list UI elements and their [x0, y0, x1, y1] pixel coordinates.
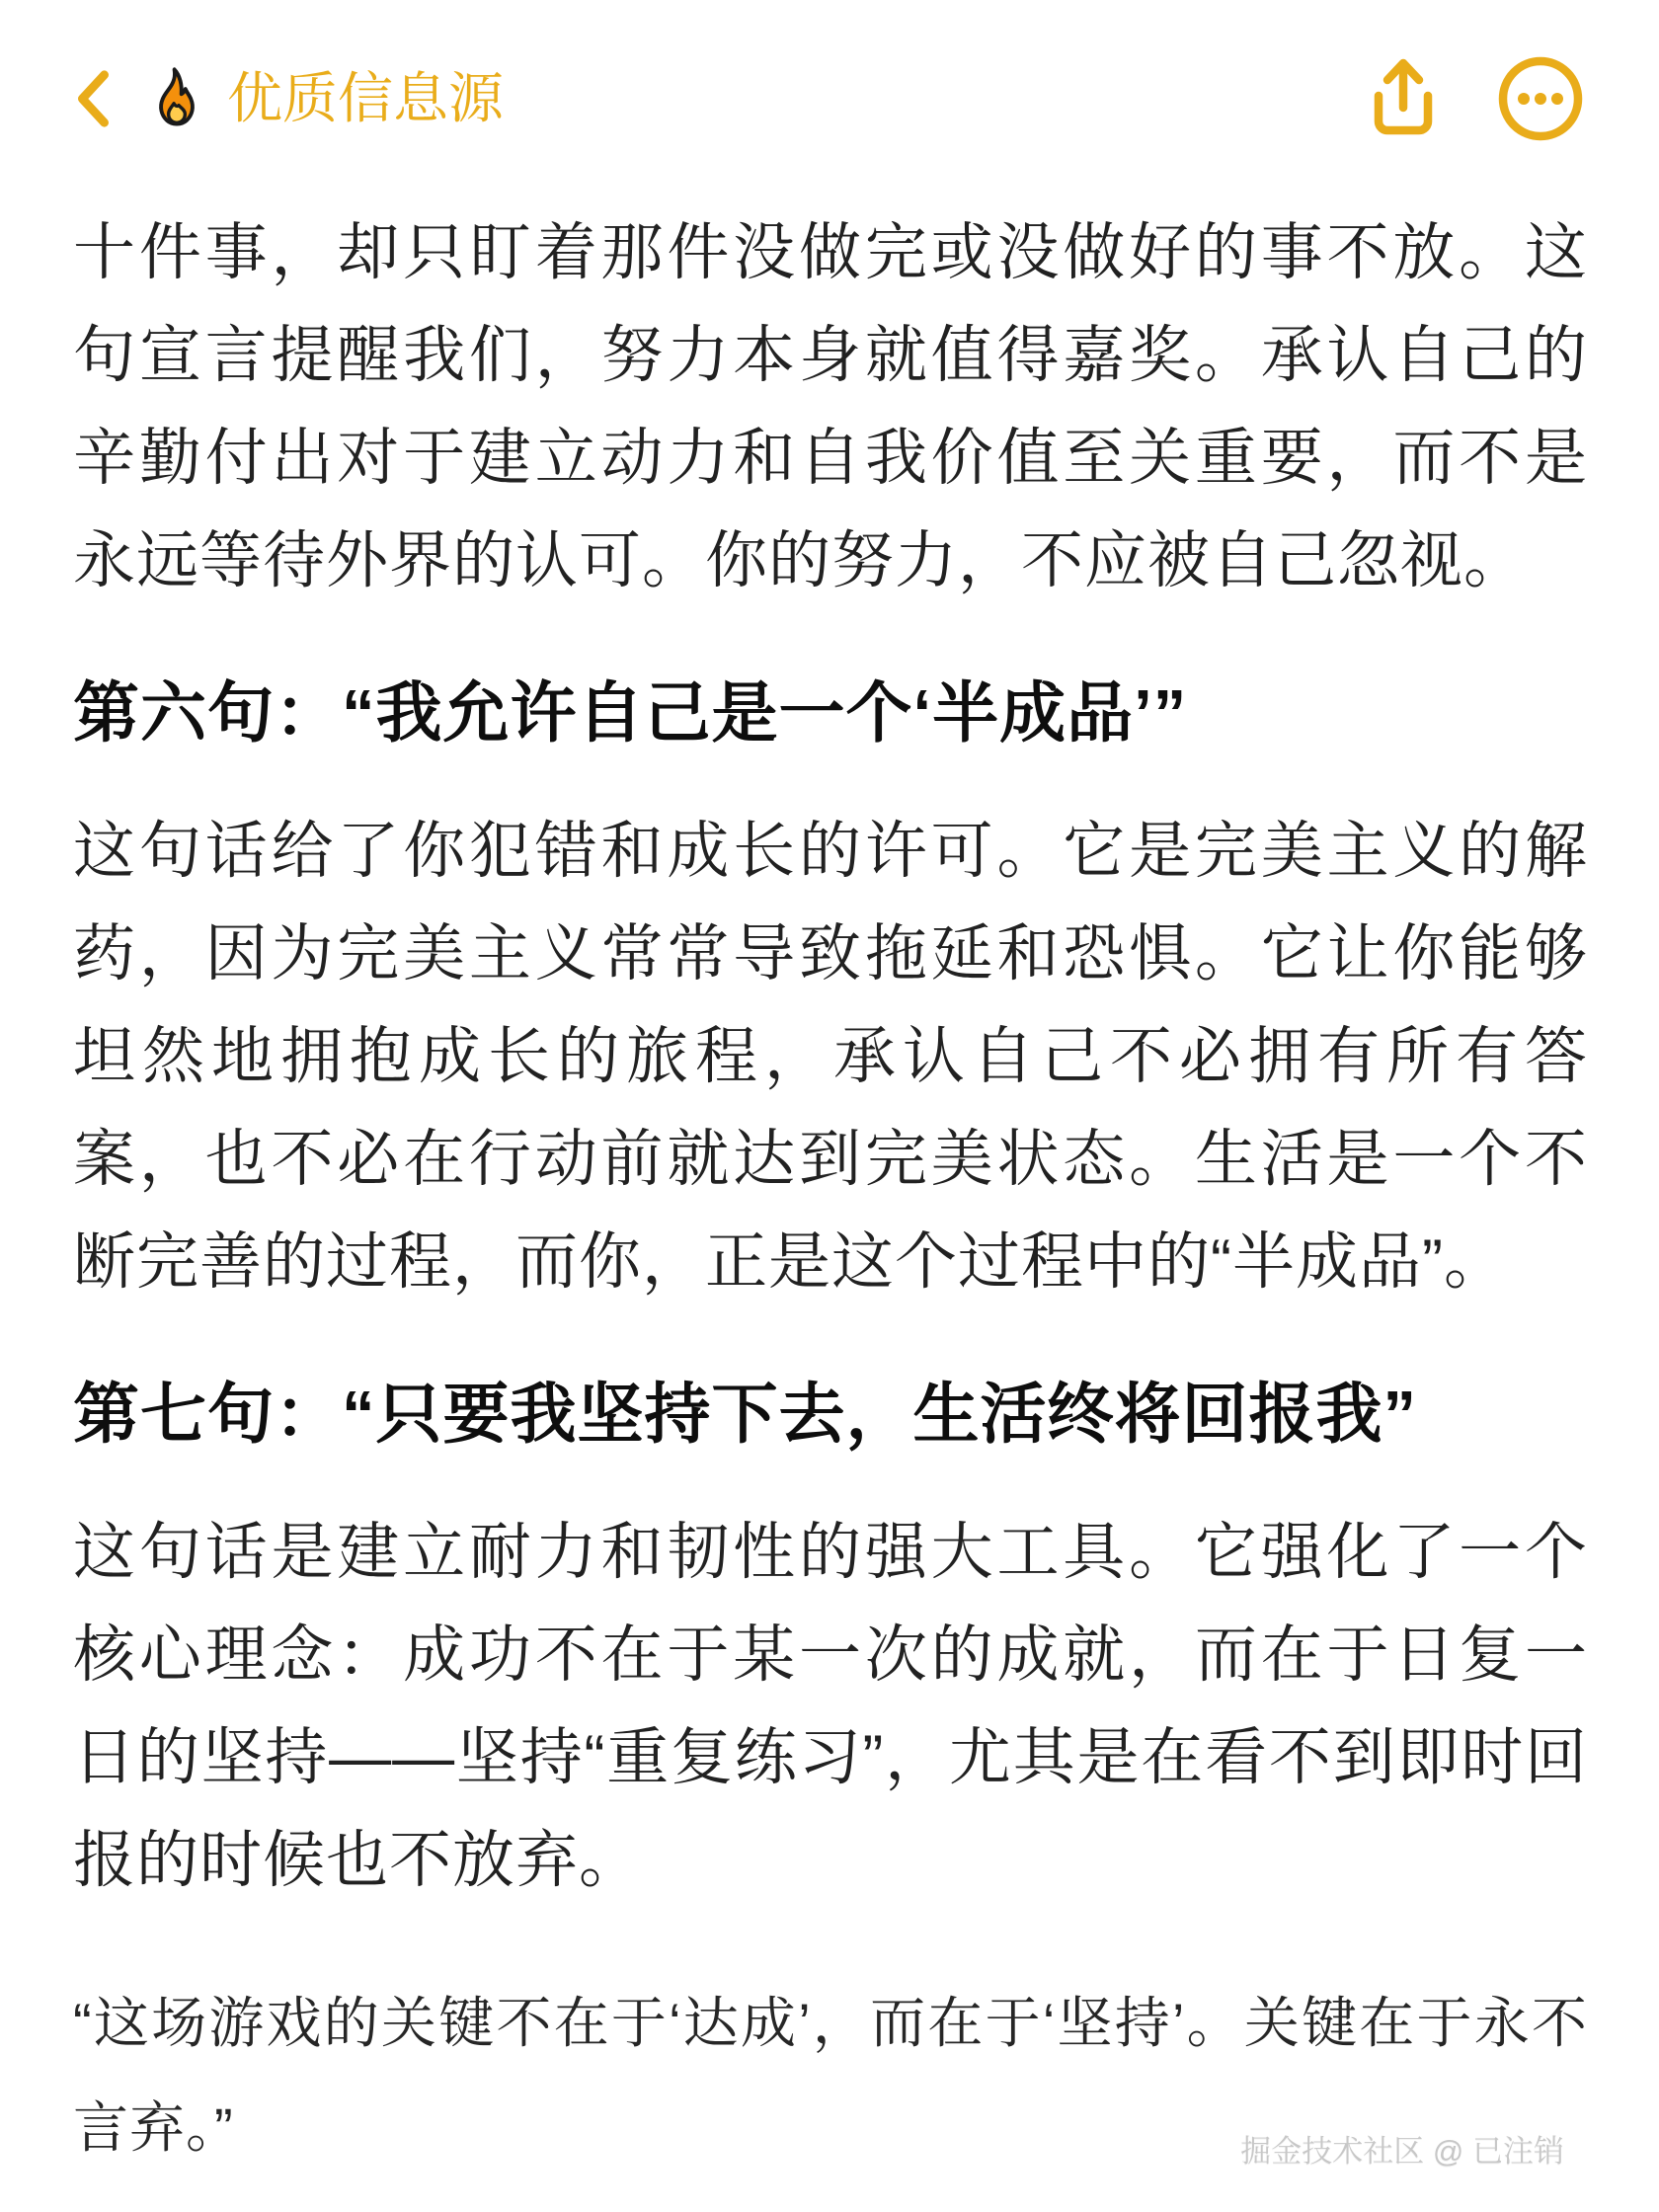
page-title: 优质信息源: [227, 71, 504, 126]
fire-icon: [142, 62, 211, 135]
article-content: 十件事，却只盯着那件没做完或没做好的事不放。这句宣言提醒我们，努力本身就值得嘉奖…: [0, 166, 1659, 2180]
share-button[interactable]: [1365, 56, 1442, 141]
reader-page: 优质信息源 十件事，却只盯着那件没做完或没做好的事不放。这句宣言提醒我们，努力本…: [0, 0, 1659, 2212]
share-icon: [1365, 56, 1442, 141]
section-heading-6: 第六句：“我允许自己是一个‘半成品’”: [73, 671, 1588, 756]
section-heading-7: 第七句：“只要我坚持下去，生活终将回报我”: [73, 1373, 1588, 1458]
chevron-left-icon: [73, 68, 113, 129]
ellipsis-icon: [1495, 53, 1586, 144]
paragraph: 这句话给了你犯错和成长的许可。它是完美主义的解药，因为完美主义常常导致拖延和恐惧…: [73, 800, 1588, 1313]
nav-bar: 优质信息源: [0, 0, 1659, 166]
paragraph: 十件事，却只盯着那件没做完或没做好的事不放。这句宣言提醒我们，努力本身就值得嘉奖…: [73, 201, 1588, 612]
back-button[interactable]: [73, 68, 113, 129]
paragraph: 这句话是建立耐力和韧性的强大工具。它强化了一个核心理念：成功不在于某一次的成就，…: [73, 1501, 1588, 1912]
more-button[interactable]: [1495, 53, 1586, 144]
watermark: 掘金技术社区 @ 已注销: [1240, 2126, 1564, 2171]
